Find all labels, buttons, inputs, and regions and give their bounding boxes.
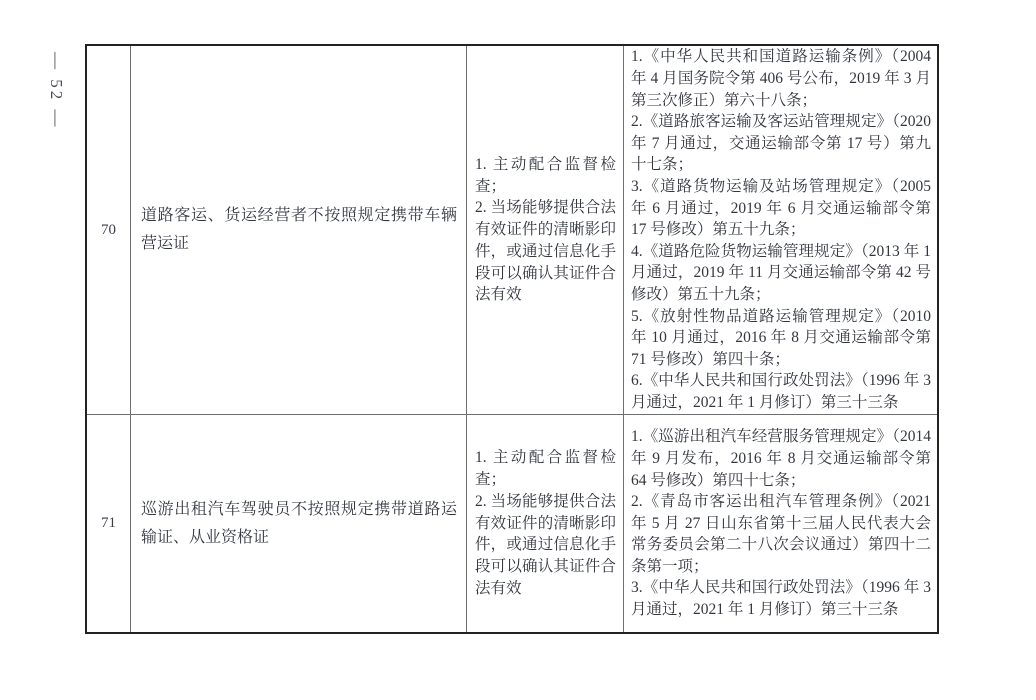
- basis-item: 1.《巡游出租汽车经营服务管理规定》（2014 年 9 月发布，2016 年 8…: [631, 426, 931, 491]
- basis-item: 2.《道路旅客运输及客运站管理规定》（2020 年 7 月通过，交通运输部令第 …: [631, 111, 931, 176]
- method-item: 1. 主动配合监督检查；: [475, 447, 616, 491]
- inspection-method-cell: 1. 主动配合监督检查； 2. 当场能够提供合法有效证件的清晰影印件，或通过信息…: [467, 415, 624, 632]
- basis-item: 3.《道路货物运输及站场管理规定》（2005 年 6 月通过，2019 年 6 …: [631, 176, 931, 241]
- basis-item: 3.《中华人民共和国行政处罚法》（1996 年 3 月通过，2021 年 1 月…: [631, 577, 931, 620]
- violation-text: 巡游出租汽车驾驶员不按照规定携带道路运输证、从业资格证: [141, 496, 457, 552]
- page-number: — 52 —: [46, 52, 66, 162]
- inspection-method-cell: 1. 主动配合监督检查； 2. 当场能够提供合法有效证件的清晰影印件，或通过信息…: [467, 46, 624, 415]
- violation-text: 道路客运、货运经营者不按照规定携带车辆营运证: [141, 202, 457, 258]
- basis-item: 2.《青岛市客运出租汽车管理条例》（2021 年 5 月 27 日山东省第十三届…: [631, 491, 931, 577]
- method-item: 2. 当场能够提供合法有效证件的清晰影印件，或通过信息化手段可以确认其证件合法有…: [475, 491, 616, 600]
- regulation-table: 70 道路客运、货运经营者不按照规定携带车辆营运证 1. 主动配合监督检查； 2…: [85, 44, 939, 634]
- basis-item: 1.《中华人民共和国道路运输条例》（2004 年 4 月国务院令第 406 号公…: [631, 46, 931, 111]
- basis-item: 5.《放射性物品道路运输管理规定》（2010 年 10 月通过，2016 年 8…: [631, 306, 931, 371]
- row-number-cell: 71: [87, 415, 131, 632]
- method-item: 1. 主动配合监督检查；: [475, 154, 616, 198]
- violation-cell: 道路客运、货运经营者不按照规定携带车辆营运证: [131, 46, 467, 415]
- legal-basis-cell: 1.《巡游出租汽车经营服务管理规定》（2014 年 9 月发布，2016 年 8…: [624, 415, 937, 632]
- basis-item: 6.《中华人民共和国行政处罚法》（1996 年 3 月通过，2021 年 1 月…: [631, 370, 931, 413]
- row-number: 71: [101, 515, 116, 532]
- violation-cell: 巡游出租汽车驾驶员不按照规定携带道路运输证、从业资格证: [131, 415, 467, 632]
- basis-item: 4.《道路危险货物运输管理规定》（2013 年 1 月通过，2019 年 11 …: [631, 241, 931, 306]
- row-number: 70: [101, 222, 116, 239]
- row-number-cell: 70: [87, 46, 131, 415]
- legal-basis-cell: 1.《中华人民共和国道路运输条例》（2004 年 4 月国务院令第 406 号公…: [624, 46, 937, 415]
- method-item: 2. 当场能够提供合法有效证件的清晰影印件，或通过信息化手段可以确认其证件合法有…: [475, 197, 616, 306]
